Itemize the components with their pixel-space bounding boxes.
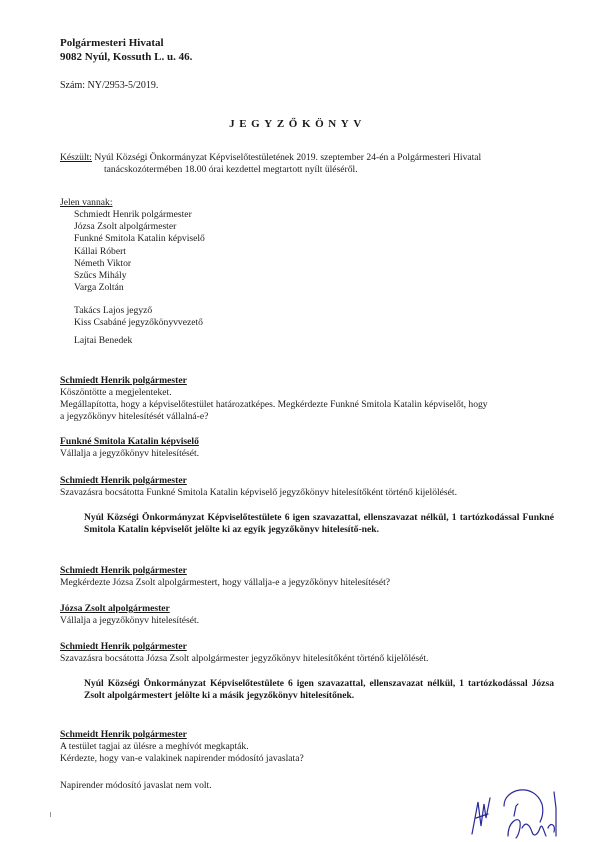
paragraph-line: Köszöntötte a megjelenteket. bbox=[60, 387, 560, 399]
signature-icon bbox=[468, 778, 578, 842]
reference-number: Szám: NY/2953-5/2019. bbox=[60, 80, 158, 92]
speaker-heading: Schmiedt Henrik polgármester bbox=[60, 475, 187, 487]
staff-member: Kiss Csabáné jegyzőkönyvvezető bbox=[74, 317, 203, 329]
paragraph-line: A testület tagjai az ülésre a meghívót m… bbox=[60, 741, 560, 753]
paragraph: Köszöntötte a megjelenteket. Megállapíto… bbox=[60, 387, 560, 423]
attendee: Funkné Smitola Katalin képviselő bbox=[74, 233, 205, 245]
speaker-heading: Funkné Smitola Katalin képviselő bbox=[60, 436, 199, 448]
paragraph-line: Megállapította, hogy a képviselőtestület… bbox=[60, 399, 560, 411]
office-name: Polgármesteri Hivatal bbox=[60, 36, 164, 50]
guest: Lajtai Benedek bbox=[74, 335, 132, 347]
resolution: Nyúl Községi Önkormányzat Képviselőtestü… bbox=[84, 678, 554, 702]
speaker-heading: Schmiedt Henrik polgármester bbox=[60, 641, 187, 653]
office-address: 9082 Nyúl, Kossuth L. u. 46. bbox=[60, 50, 192, 64]
present-label: Jelen vannak: bbox=[60, 197, 112, 209]
paragraph-line: Kérdezte, hogy van-e valakinek napirende… bbox=[60, 753, 560, 765]
speaker-heading: Schmeidt Henrik polgármester bbox=[60, 729, 187, 741]
attendee: Józsa Zsolt alpolgármester bbox=[74, 221, 205, 233]
guest-list: Lajtai Benedek bbox=[74, 335, 132, 347]
meeting-info: Készült: Nyúl Községi Önkormányzat Képvi… bbox=[60, 152, 560, 176]
speaker-heading: Schmiedt Henrik polgármester bbox=[60, 565, 187, 577]
scan-mark bbox=[50, 812, 51, 817]
paragraph: Szavazásra bocsátotta Funkné Smitola Kat… bbox=[60, 487, 560, 499]
document-title: JEGYZŐKÖNYV bbox=[0, 118, 595, 130]
attendee-list: Schmiedt Henrik polgármester Józsa Zsolt… bbox=[74, 209, 205, 294]
attendee: Németh Viktor bbox=[74, 258, 205, 270]
speaker-heading: Schmiedt Henrik polgármester bbox=[60, 375, 187, 387]
paragraph: A testület tagjai az ülésre a meghívót m… bbox=[60, 741, 560, 765]
paragraph-line: a jegyzőkönyv hitelesítését vállalná-e? bbox=[60, 411, 560, 423]
paragraph: Megkérdezte Józsa Zsolt alpolgármestert,… bbox=[60, 577, 560, 589]
attendee: Varga Zoltán bbox=[74, 282, 205, 294]
staff-list: Takács Lajos jegyző Kiss Csabáné jegyzők… bbox=[74, 305, 203, 329]
resolution: Nyúl Községi Önkormányzat Képviselőtestü… bbox=[84, 512, 554, 536]
paragraph: Vállalja a jegyzőkönyv hitelesítését. bbox=[60, 615, 560, 627]
staff-member: Takács Lajos jegyző bbox=[74, 305, 203, 317]
keszult-line1: Nyúl Községi Önkormányzat Képviselőtestü… bbox=[94, 152, 481, 163]
keszult-label: Készült: bbox=[60, 152, 92, 163]
keszult-line2: tanácskozótermében 18.00 órai kezdettel … bbox=[60, 164, 560, 176]
paragraph: Vállalja a jegyzőkönyv hitelesítését. bbox=[60, 448, 560, 460]
attendee: Kállai Róbert bbox=[74, 246, 205, 258]
attendee: Szűcs Mihály bbox=[74, 270, 205, 282]
speaker-heading: Józsa Zsolt alpolgármester bbox=[60, 603, 170, 615]
paragraph: Szavazásra bocsátotta Józsa Zsolt alpolg… bbox=[60, 653, 560, 665]
attendee: Schmiedt Henrik polgármester bbox=[74, 209, 205, 221]
